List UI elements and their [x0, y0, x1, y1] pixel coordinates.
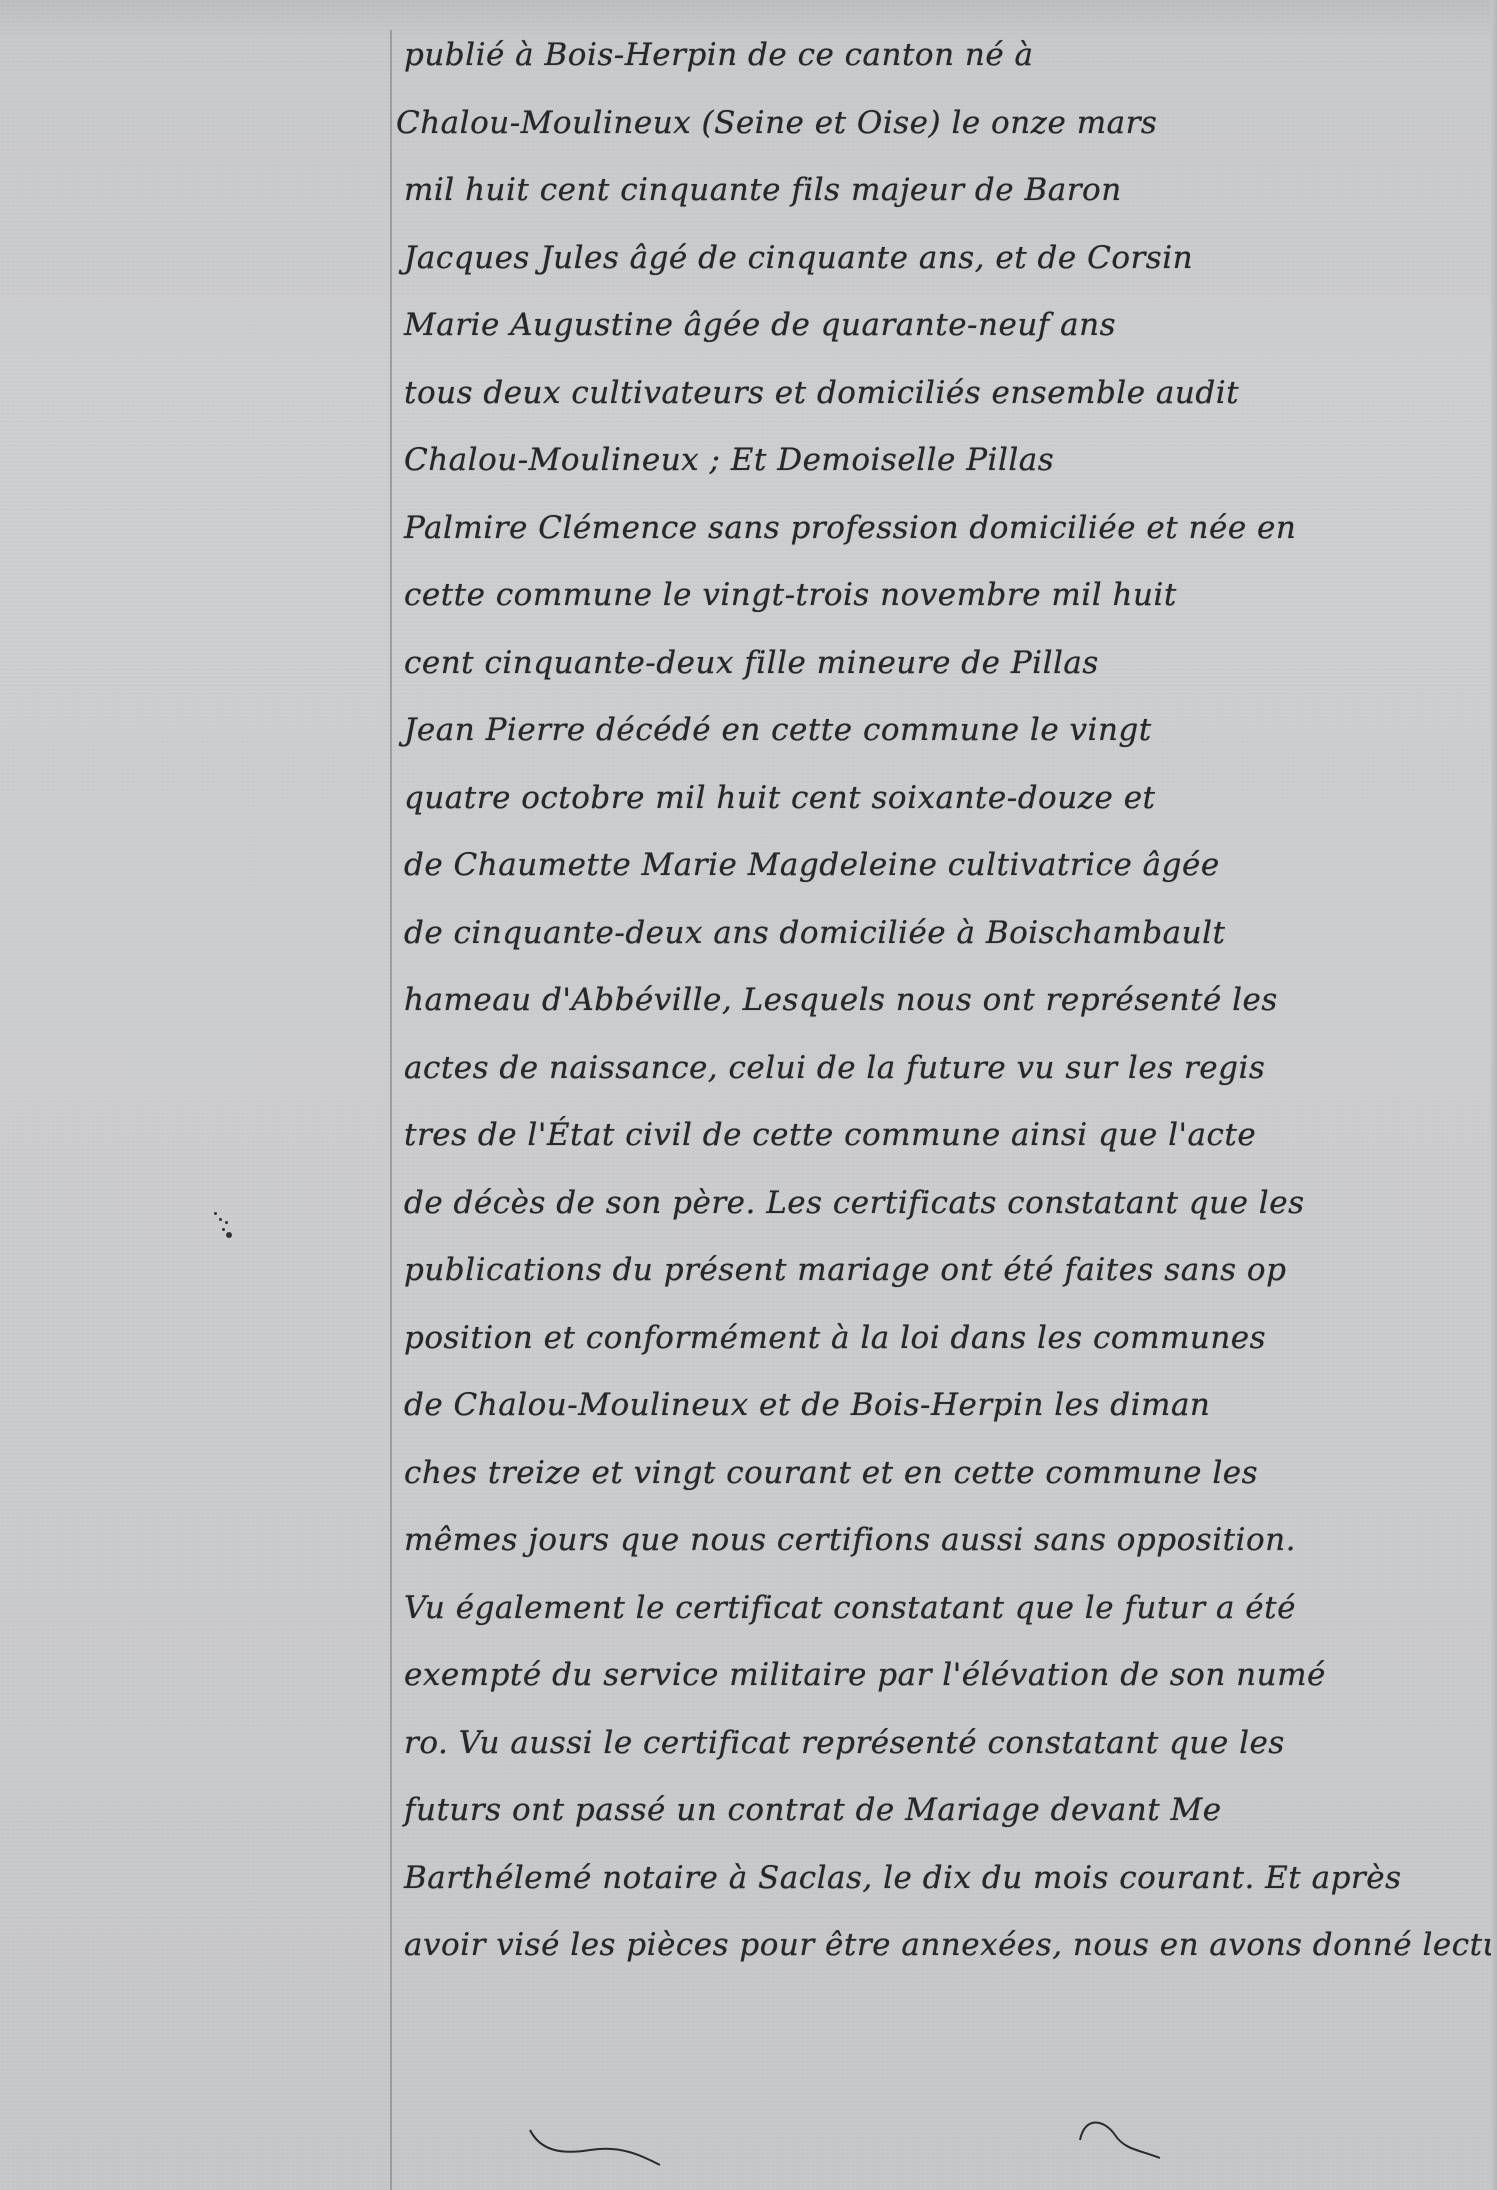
line-text: publié à Bois-Herpin de ce canton né à [404, 22, 1034, 90]
text-line: Marie Augustine âgée de quarante-neuf an… [396, 292, 1491, 360]
line-text: cent cinquante-deux fille mineure de Pil… [404, 630, 1099, 698]
text-line: Vu également le certificat constatant qu… [396, 1575, 1491, 1643]
handwritten-text-block: publié à Bois-Herpin de ce canton né à C… [396, 22, 1491, 1980]
text-line: ro. Vu aussi le certificat représenté co… [396, 1710, 1491, 1778]
line-text: tous deux cultivateurs et domiciliés ens… [404, 360, 1239, 428]
text-line: de Chaumette Marie Magdeleine cultivatri… [396, 832, 1491, 900]
text-line: Chalou-Moulineux (Seine et Oise) le onze… [396, 90, 1491, 158]
line-text: de Chaumette Marie Magdeleine cultivatri… [404, 832, 1220, 900]
line-text: Palmire Clémence sans profession domicil… [404, 495, 1296, 563]
text-line: futurs ont passé un contrat de Mariage d… [396, 1777, 1491, 1845]
text-line: mil huit cent cinquante fils majeur de B… [396, 157, 1491, 225]
line-text: Jacques Jules âgé de cinquante ans, et d… [404, 225, 1193, 293]
text-line: de cinquante-deux ans domiciliée à Boisc… [396, 900, 1491, 968]
text-line: mêmes jours que nous certifions aussi sa… [396, 1507, 1491, 1575]
text-line: hameau d'Abbéville, Lesquels nous ont re… [396, 967, 1491, 1035]
line-text: mil huit cent cinquante fils majeur de B… [404, 157, 1122, 225]
left-margin-rule [390, 30, 392, 2190]
line-text: avoir visé les pièces pour être annexées… [404, 1912, 1491, 1980]
text-line: de décès de son père. Les certificats co… [396, 1170, 1491, 1238]
text-line: ches treize et vingt courant et en cette… [396, 1440, 1491, 1508]
line-text: de décès de son père. Les certificats co… [404, 1170, 1304, 1238]
text-line: position et conformément à la loi dans l… [396, 1305, 1491, 1373]
page-right-edge [1491, 0, 1497, 2190]
line-text: futurs ont passé un contrat de Mariage d… [404, 1777, 1222, 1845]
scanned-page: publié à Bois-Herpin de ce canton né à C… [0, 0, 1497, 2190]
line-text: de cinquante-deux ans domiciliée à Boisc… [404, 900, 1225, 968]
line-text: Jean Pierre décédé en cette commune le v… [404, 697, 1152, 765]
ink-spots [212, 1212, 232, 1248]
text-line: Chalou-Moulineux ; Et Demoiselle Pillas [396, 427, 1491, 495]
text-line: publications du présent mariage ont été … [396, 1237, 1491, 1305]
text-line: Palmire Clémence sans profession domicil… [396, 495, 1491, 563]
text-line: exempté du service militaire par l'éléva… [396, 1642, 1491, 1710]
line-text: publications du présent mariage ont été … [404, 1237, 1286, 1305]
line-text: tres de l'État civil de cette commune ai… [404, 1102, 1256, 1170]
text-line: Barthélemé notaire à Saclas, le dix du m… [396, 1845, 1491, 1913]
text-line: cette commune le vingt-trois novembre mi… [396, 562, 1491, 630]
text-line: actes de naissance, celui de la future v… [396, 1035, 1491, 1103]
text-line: cent cinquante-deux fille mineure de Pil… [396, 630, 1491, 698]
line-text: ro. Vu aussi le certificat représenté co… [404, 1710, 1285, 1778]
pen-flourish [520, 2110, 1220, 2170]
line-text: position et conformément à la loi dans l… [404, 1305, 1266, 1373]
text-line: publié à Bois-Herpin de ce canton né à [396, 22, 1491, 90]
line-text: quatre octobre mil huit cent soixante-do… [404, 765, 1156, 833]
line-text: actes de naissance, celui de la future v… [404, 1035, 1265, 1103]
line-text: de Chalou-Moulineux et de Bois-Herpin le… [404, 1372, 1210, 1440]
text-line: Jacques Jules âgé de cinquante ans, et d… [396, 225, 1491, 293]
line-text: Marie Augustine âgée de quarante-neuf an… [404, 292, 1116, 360]
line-text: exempté du service militaire par l'éléva… [404, 1642, 1326, 1710]
line-text: cette commune le vingt-trois novembre mi… [404, 562, 1177, 630]
line-text: mêmes jours que nous certifions aussi sa… [404, 1507, 1296, 1575]
text-line: tous deux cultivateurs et domiciliés ens… [396, 360, 1491, 428]
text-line: avoir visé les pièces pour être annexées… [396, 1912, 1491, 1980]
line-text: Chalou-Moulineux ; Et Demoiselle Pillas [404, 427, 1054, 495]
text-line: quatre octobre mil huit cent soixante-do… [396, 765, 1491, 833]
line-text: Vu également le certificat constatant qu… [404, 1575, 1296, 1643]
text-line: de Chalou-Moulineux et de Bois-Herpin le… [396, 1372, 1491, 1440]
line-text: Chalou-Moulineux (Seine et Oise) le onze… [396, 90, 1157, 158]
line-text: Barthélemé notaire à Saclas, le dix du m… [404, 1845, 1402, 1913]
line-text: hameau d'Abbéville, Lesquels nous ont re… [404, 967, 1278, 1035]
text-line: Jean Pierre décédé en cette commune le v… [396, 697, 1491, 765]
text-line: tres de l'État civil de cette commune ai… [396, 1102, 1491, 1170]
line-text: ches treize et vingt courant et en cette… [404, 1440, 1258, 1508]
